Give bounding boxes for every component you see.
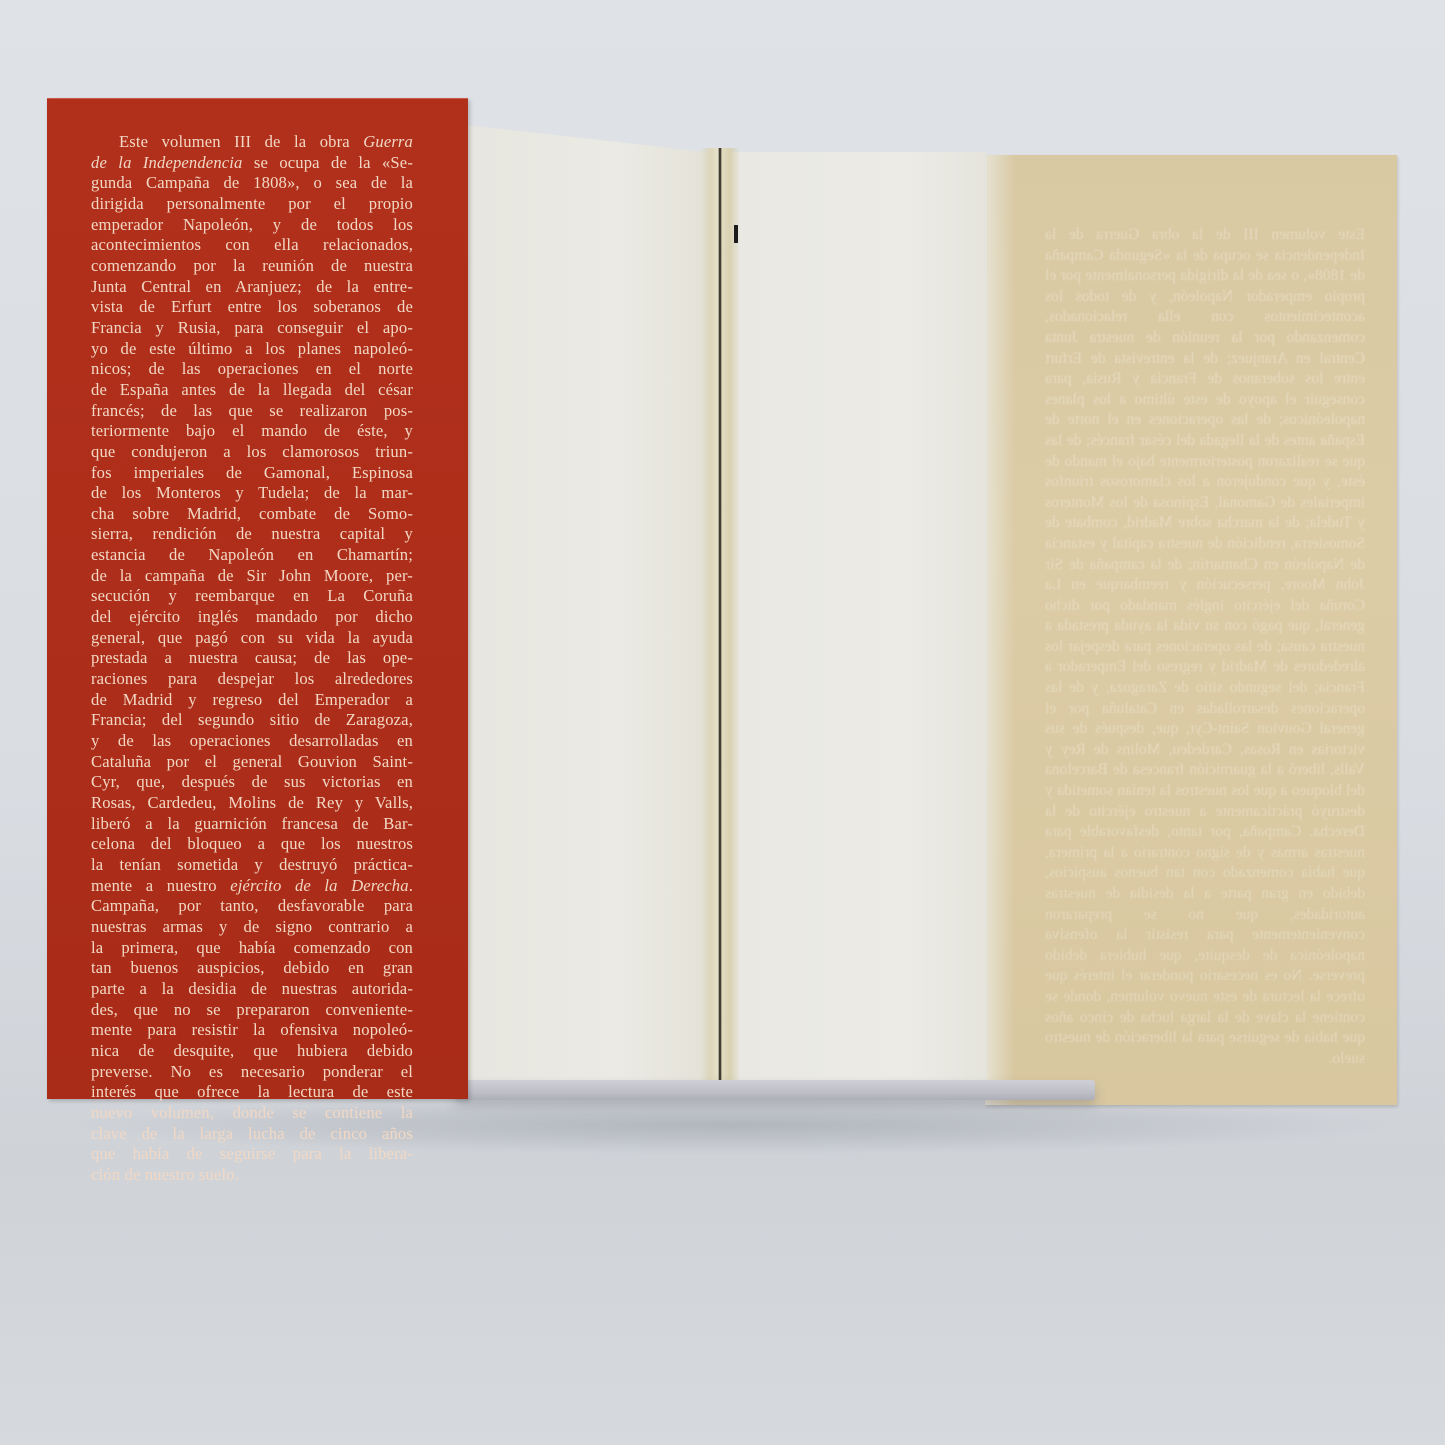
dust-jacket-flap: Este volumen III de la obra Guerrade la … bbox=[47, 98, 468, 1099]
italic-title: ejército de la Derecha bbox=[230, 876, 408, 895]
blurb-line: de España antes de la llegada del césar bbox=[91, 380, 413, 401]
endpaper-white-page bbox=[722, 152, 987, 1080]
blurb-line: Francia y Rusia, para conseguir el apo- bbox=[91, 318, 413, 339]
blurb-line: teriormente bajo el mando de éste, y bbox=[91, 421, 413, 442]
book-gutter-binding bbox=[700, 148, 740, 1080]
italic-title: Guerra bbox=[363, 132, 413, 151]
blurb-line: francés; de las que se realizaron pos- bbox=[91, 401, 413, 422]
blurb-line: mente a nuestro ejército de la Derecha. bbox=[91, 876, 413, 897]
blurb-line: de los Monteros y Tudela; de la mar- bbox=[91, 483, 413, 504]
blurb-line: vista de Erfurt entre los soberanos de bbox=[91, 297, 413, 318]
blurb-line: del ejército inglés mandado por dicho bbox=[91, 607, 413, 628]
blurb-line: nicos; de las operaciones en el norte bbox=[91, 359, 413, 380]
blurb-line: de la campaña de Sir John Moore, per- bbox=[91, 566, 413, 587]
blurb-line: dirigida personalmente por el propio bbox=[91, 194, 413, 215]
acrylic-book-stand bbox=[455, 1080, 1095, 1100]
flap-blurb-text: Este volumen III de la obra Guerrade la … bbox=[91, 132, 413, 1185]
blurb-line: Cataluña por el general Gouvion Saint- bbox=[91, 752, 413, 773]
blurb-line: preverse. No es necesario ponderar el bbox=[91, 1062, 413, 1083]
blurb-line: general, que pagó con su vida la ayuda bbox=[91, 628, 413, 649]
blurb-line: Campaña, por tanto, desfavorable para bbox=[91, 896, 413, 917]
blurb-line: yo de este último a los planes napoleó- bbox=[91, 339, 413, 360]
blurb-line: acontecimientos con ella relacionados, bbox=[91, 235, 413, 256]
blurb-line: mente para resistir la ofensiva nopoleó- bbox=[91, 1020, 413, 1041]
blurb-line: tan buenos auspicios, debido en gran bbox=[91, 958, 413, 979]
blurb-line: raciones para despejar los alrededores bbox=[91, 669, 413, 690]
blurb-line: fos imperiales de Gamonal, Espinosa bbox=[91, 463, 413, 484]
blurb-line: interés que ofrece la lectura de este bbox=[91, 1082, 413, 1103]
blurb-line: comenzando por la reunión de nuestra bbox=[91, 256, 413, 277]
blurb-line: emperador Napoleón, y de todos los bbox=[91, 215, 413, 236]
blurb-line: la tenían sometida y destruyó prácticа- bbox=[91, 855, 413, 876]
blurb-line: gunda Campaña de 1808», o sea de la bbox=[91, 173, 413, 194]
photo-scene: Este volumen III de la obra Guerra de la… bbox=[0, 0, 1445, 1445]
blurb-line: cha sobre Madrid, combate de Somo- bbox=[91, 504, 413, 525]
blurb-line: liberó a la guarnición francesa de Bar- bbox=[91, 814, 413, 835]
blurb-line: y de las operaciones desarrolladas en bbox=[91, 731, 413, 752]
blurb-line: celona del bloqueo a que los nuestros bbox=[91, 834, 413, 855]
blurb-line: de Madrid y regreso del Emperador a bbox=[91, 690, 413, 711]
blurb-line: estancia de Napoleón en Chamartín; bbox=[91, 545, 413, 566]
blurb-line: Junta Central en Aranjuez; de la entre- bbox=[91, 277, 413, 298]
blurb-line: parte a la desidia de nuestras autorida- bbox=[91, 979, 413, 1000]
blurb-line: nuestras armas y de signo contrario a bbox=[91, 917, 413, 938]
blurb-line: la primera, que había comenzado con bbox=[91, 938, 413, 959]
blurb-line: Este volumen III de la obra Guerra bbox=[91, 132, 413, 153]
italic-title: de la Independencia bbox=[91, 153, 243, 172]
flyleaf-page bbox=[466, 125, 720, 1080]
blurb-line: clave de la larga lucha de cinco años bbox=[91, 1124, 413, 1145]
blurb-line: que condujeron a los clamorosos triun- bbox=[91, 442, 413, 463]
blurb-line: Cyr, que, después de sus victorias en bbox=[91, 772, 413, 793]
blurb-line: secución y reembarque en La Coruña bbox=[91, 586, 413, 607]
blurb-line: ción de nuestro suelo. bbox=[91, 1165, 413, 1186]
blurb-line: nica de desquite, que hubiera debido bbox=[91, 1041, 413, 1062]
blurb-line: de la Independencia se ocupa de la «Se- bbox=[91, 153, 413, 174]
blurb-line: nuevo volumen, donde se contiene la bbox=[91, 1103, 413, 1124]
page-edge bbox=[985, 155, 1015, 1105]
blurb-line: prestada a nuestra causa; de las ope- bbox=[91, 648, 413, 669]
gutter-thread-mark bbox=[734, 225, 738, 243]
endpaper-tan-page: Este volumen III de la obra Guerra de la… bbox=[985, 155, 1397, 1105]
blurb-line: des, que no se prepararon conveniente- bbox=[91, 1000, 413, 1021]
show-through-text: Este volumen III de la obra Guerra de la… bbox=[1045, 225, 1365, 1069]
blurb-line: que había de seguirse para la libera- bbox=[91, 1144, 413, 1165]
blurb-line: Francia; del segundo sitio de Zaragoza, bbox=[91, 710, 413, 731]
blurb-line: sierra, rendición de nuestra capital y bbox=[91, 524, 413, 545]
blurb-line: Rosas, Cardedeu, Molins de Rey y Valls, bbox=[91, 793, 413, 814]
